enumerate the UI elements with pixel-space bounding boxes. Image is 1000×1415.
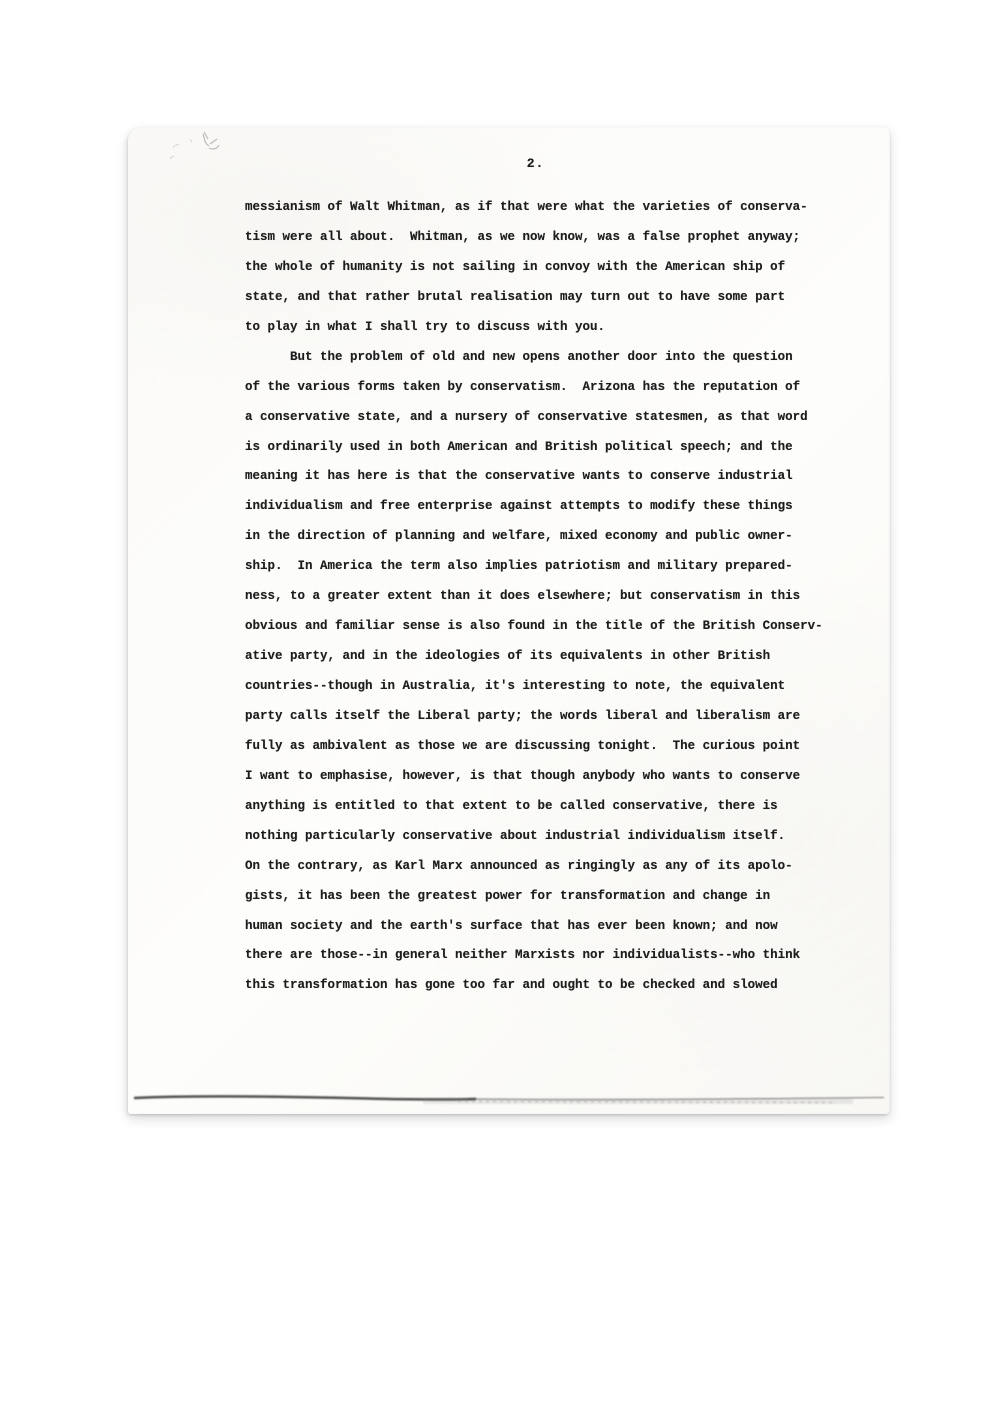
text-line: of the various forms taken by conservati… bbox=[245, 373, 845, 403]
text-line: to play in what I shall try to discuss w… bbox=[245, 313, 845, 343]
text-line: individualism and free enterprise agains… bbox=[245, 492, 845, 522]
text-line: state, and that rather brutal realisatio… bbox=[245, 283, 845, 313]
text-line: nothing particularly conservative about … bbox=[245, 822, 845, 852]
pencil-mark-icon bbox=[166, 127, 238, 179]
text-line: is ordinarily used in both American and … bbox=[245, 433, 845, 463]
text-line: a conservative state, and a nursery of c… bbox=[245, 403, 845, 433]
typed-text: messianism of Walt Whitman, as if that w… bbox=[245, 193, 845, 1001]
scanned-page: 2. messianism of Walt Whitman, as if tha… bbox=[128, 127, 890, 1114]
text-line: ative party, and in the ideologies of it… bbox=[245, 642, 845, 672]
text-line: But the problem of old and new opens ano… bbox=[245, 343, 845, 373]
text-line: in the direction of planning and welfare… bbox=[245, 522, 845, 552]
text-line: messianism of Walt Whitman, as if that w… bbox=[245, 193, 845, 223]
text-line: gists, it has been the greatest power fo… bbox=[245, 882, 845, 912]
text-line: this transformation has gone too far and… bbox=[245, 971, 845, 1001]
text-line: the whole of humanity is not sailing in … bbox=[245, 253, 845, 283]
scan-background: 2. messianism of Walt Whitman, as if tha… bbox=[0, 0, 1000, 1415]
text-line: ness, to a greater extent than it does e… bbox=[245, 582, 845, 612]
text-line: fully as ambivalent as those we are disc… bbox=[245, 732, 845, 762]
text-line: countries--though in Australia, it's int… bbox=[245, 672, 845, 702]
text-line: human society and the earth's surface th… bbox=[245, 912, 845, 942]
text-line: meaning it has here is that the conserva… bbox=[245, 462, 845, 492]
page-number: 2. bbox=[245, 149, 826, 179]
text-line: there are those--in general neither Marx… bbox=[245, 941, 845, 971]
text-line: obvious and familiar sense is also found… bbox=[245, 612, 845, 642]
text-line: ship. In America the term also implies p… bbox=[245, 552, 845, 582]
text-line: I want to emphasise, however, is that th… bbox=[245, 762, 845, 792]
text-line: party calls itself the Liberal party; th… bbox=[245, 702, 845, 732]
text-line: anything is entitled to that extent to b… bbox=[245, 792, 845, 822]
text-line: On the contrary, as Karl Marx announced … bbox=[245, 852, 845, 882]
text-line: tism were all about. Whitman, as we now … bbox=[245, 223, 845, 253]
smudge-line-icon bbox=[128, 1085, 890, 1111]
